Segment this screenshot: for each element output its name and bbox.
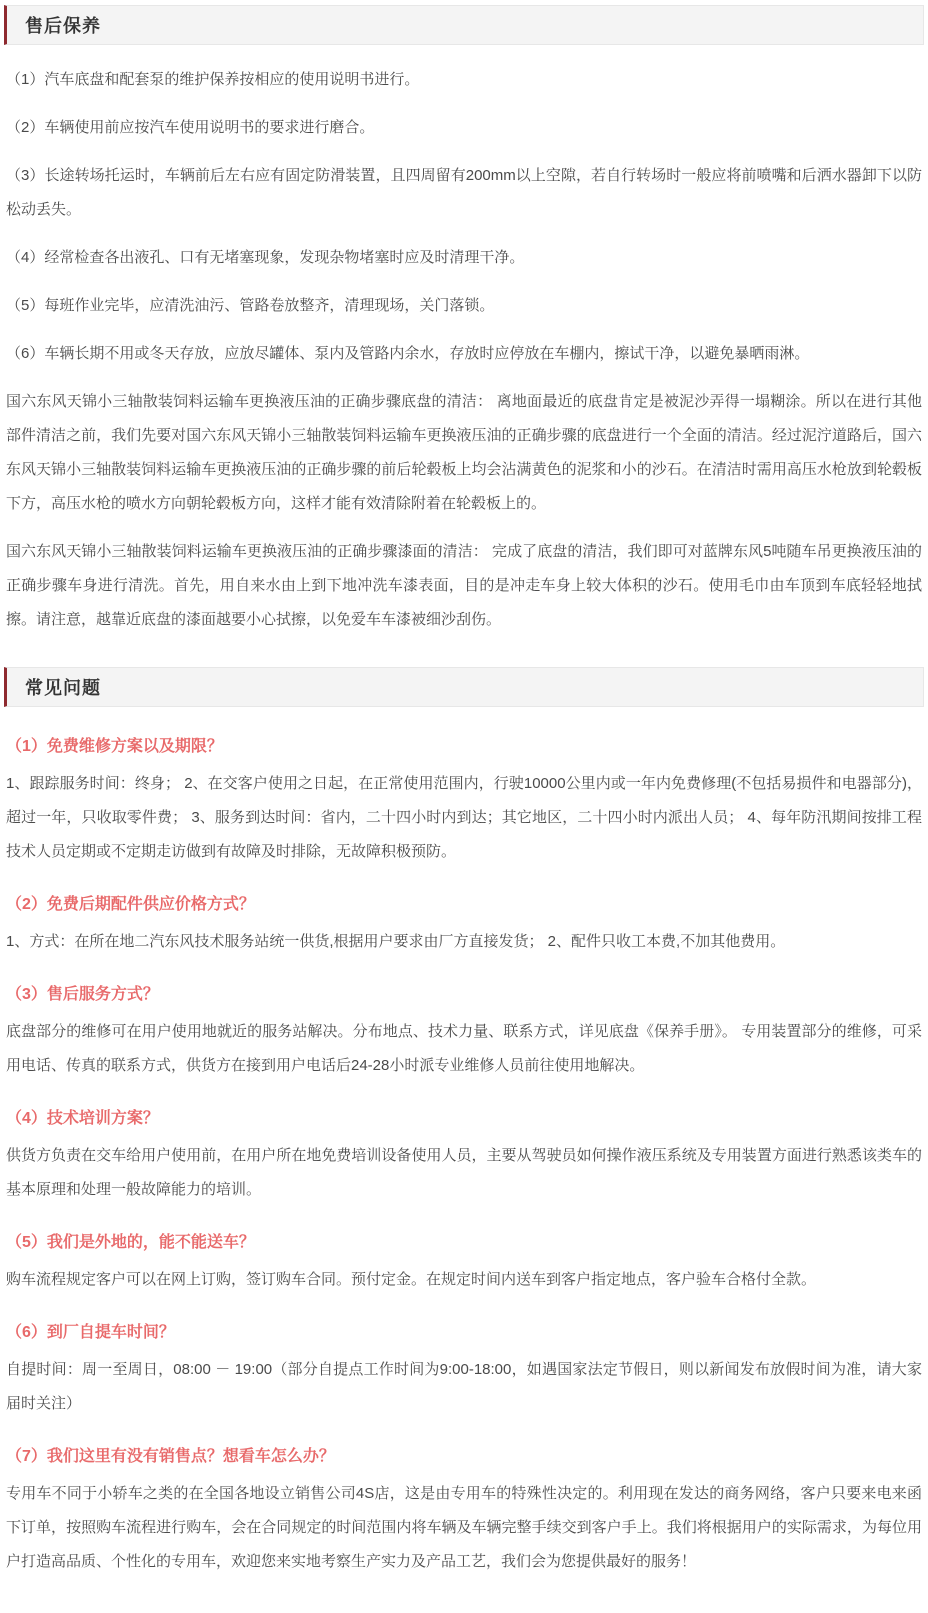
faq-answer-6: 自提时间：周一至周日，08:00 － 19:00（部分自提点工作时间为9:00-…	[6, 1353, 922, 1421]
faq-question-7: （7）我们这里有没有销售点？想看车怎么办？	[6, 1445, 922, 1469]
after-sales-section-body: （1）汽车底盘和配套泵的维护保养按相应的使用说明书进行。 （2）车辆使用前应按汽…	[4, 45, 924, 657]
faq-section-header: 常见问题	[4, 667, 924, 707]
faq-section: 常见问题 （1）免费维修方案以及期限？ 1、跟踪服务时间：终身； 2、在交客户使…	[4, 667, 924, 1603]
faq-answer-5: 购车流程规定客户可以在网上订购，签订购车合同。预付定金。在规定时间内送车到客户指…	[6, 1263, 922, 1297]
page: 售后保养 （1）汽车底盘和配套泵的维护保养按相应的使用说明书进行。 （2）车辆使…	[0, 0, 928, 1613]
maintenance-item-4: （4）经常检查各出液孔、口有无堵塞现象，发现杂物堵塞时应及时清理干净。	[6, 241, 922, 275]
maintenance-item-3: （3）长途转场托运时，车辆前后左右应有固定防滑装置，且四周留有200mm以上空隙…	[6, 159, 922, 227]
maintenance-item-6: （6）车辆长期不用或冬天存放，应放尽罐体、泵内及管路内余水，存放时应停放在车棚内…	[6, 337, 922, 371]
after-sales-section: 售后保养 （1）汽车底盘和配套泵的维护保养按相应的使用说明书进行。 （2）车辆使…	[4, 5, 924, 657]
faq-question-2: （2）免费后期配件供应价格方式？	[6, 893, 922, 917]
maintenance-item-1: （1）汽车底盘和配套泵的维护保养按相应的使用说明书进行。	[6, 63, 922, 97]
faq-answer-3: 底盘部分的维修可在用户使用地就近的服务站解决。分布地点、技术力量、联系方式，详见…	[6, 1015, 922, 1083]
maintenance-item-5: （5）每班作业完毕，应清洗油污、管路卷放整齐，清理现场，关门落锁。	[6, 289, 922, 323]
faq-answer-2: 1、方式：在所在地二汽东风技术服务站统一供货,根据用户要求由厂方直接发货； 2、…	[6, 925, 922, 959]
faq-section-body: （1）免费维修方案以及期限？ 1、跟踪服务时间：终身； 2、在交客户使用之日起，…	[4, 707, 924, 1603]
faq-question-6: （6）到厂自提车时间？	[6, 1321, 922, 1345]
chassis-cleaning-paragraph: 国六东风天锦小三轴散装饲料运输车更换液压油的正确步骤底盘的清洁： 离地面最近的底…	[6, 385, 922, 521]
faq-question-5: （5）我们是外地的，能不能送车？	[6, 1231, 922, 1255]
after-sales-section-header: 售后保养	[4, 5, 924, 45]
faq-answer-4: 供货方负责在交车给用户使用前，在用户所在地免费培训设备使用人员，主要从驾驶员如何…	[6, 1139, 922, 1207]
after-sales-section-title: 售后保养	[25, 12, 101, 38]
faq-section-title: 常见问题	[25, 674, 101, 700]
maintenance-item-2: （2）车辆使用前应按汽车使用说明书的要求进行磨合。	[6, 111, 922, 145]
faq-answer-7: 专用车不同于小轿车之类的在全国各地设立销售公司4S店，这是由专用车的特殊性决定的…	[6, 1477, 922, 1579]
faq-question-3: （3）售后服务方式？	[6, 983, 922, 1007]
faq-question-1: （1）免费维修方案以及期限？	[6, 735, 922, 759]
faq-question-4: （4）技术培训方案？	[6, 1107, 922, 1131]
faq-answer-1: 1、跟踪服务时间：终身； 2、在交客户使用之日起，在正常使用范围内，行驶1000…	[6, 767, 922, 869]
paint-cleaning-paragraph: 国六东风天锦小三轴散装饲料运输车更换液压油的正确步骤漆面的清洁： 完成了底盘的清…	[6, 535, 922, 637]
